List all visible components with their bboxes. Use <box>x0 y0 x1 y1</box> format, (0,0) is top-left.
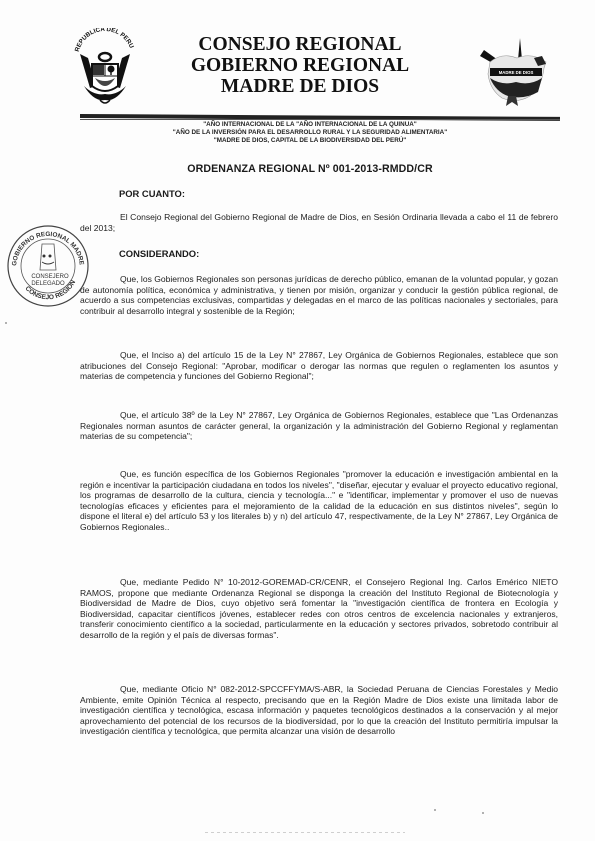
considerando-paragraph-4: Que, es función específica de los Gobier… <box>80 469 558 532</box>
official-seal-stamp-icon: GOBIERNO REGIONAL MADRE DE DIOS CONSEJO … <box>4 222 92 310</box>
year-motto-2: "AÑO DE LA INVERSIÓN PARA EL DESARROLLO … <box>100 129 520 137</box>
considerando-paragraph-1: Que, los Gobiernos Regionales son person… <box>80 274 558 316</box>
year-motto-3: "MADRE DE DIOS, CAPITAL DE LA BIODIVERSI… <box>100 137 520 145</box>
year-mottos: "AÑO INTERNACIONAL DE LA "AÑO INTERNACIO… <box>100 121 520 145</box>
ordinance-title: ORDENANZA REGIONAL Nº 001-2013-RMDD/CR <box>100 163 520 175</box>
header-title-line-1: CONSEJO REGIONAL <box>180 34 420 55</box>
scan-artifact-line <box>205 832 405 833</box>
header-title-line-3: MADRE DE DIOS <box>180 76 420 97</box>
considerando-paragraph-2: Que, el Inciso a) del artículo 15 de la … <box>80 350 558 382</box>
svg-text:GOBIERNO REGIONAL MADRE DE DIO: GOBIERNO REGIONAL MADRE DE DIOS <box>4 222 85 267</box>
section-heading-considerando: CONSIDERANDO: <box>119 248 199 259</box>
peru-coat-of-arms-icon: REPUBLICA DEL PERU <box>70 28 140 110</box>
considerando-paragraph-3: Que, el artículo 38º de la Ley N° 27867,… <box>80 410 558 442</box>
svg-text:DELEGADO: DELEGADO <box>31 281 65 287</box>
header-title: CONSEJO REGIONAL GOBIERNO REGIONAL MADRE… <box>180 34 420 97</box>
considerando-paragraph-6: Que, mediante Oficio N° 082-2012-SPCCFFY… <box>80 684 558 737</box>
svg-text:REPUBLICA DEL PERU: REPUBLICA DEL PERU <box>74 28 135 53</box>
madre-de-dios-regional-emblem-icon: MADRE DE DIOS <box>472 38 552 108</box>
scan-artifact-spot <box>482 812 484 814</box>
considerando-paragraph-5: Que, mediante Pedido N° 10-2012-GOREMAD-… <box>80 577 558 640</box>
header-title-line-2: GOBIERNO REGIONAL <box>180 55 420 76</box>
section-heading-por-cuanto: POR CUANTO: <box>119 188 185 199</box>
svg-text:CONSEJERO: CONSEJERO <box>31 274 69 280</box>
year-motto-1: "AÑO INTERNACIONAL DE LA "AÑO INTERNACIO… <box>100 121 520 129</box>
svg-text:MADRE DE DIOS: MADRE DE DIOS <box>499 70 534 75</box>
por-cuanto-paragraph: El Consejo Regional del Gobierno Regiona… <box>80 212 558 233</box>
document-page: REPUBLICA DEL PERU CONSEJO REGIONAL GOBI… <box>0 0 595 841</box>
scan-artifact-spot <box>5 322 7 324</box>
scan-artifact-spot <box>434 809 436 811</box>
header-divider-thin <box>80 119 560 120</box>
